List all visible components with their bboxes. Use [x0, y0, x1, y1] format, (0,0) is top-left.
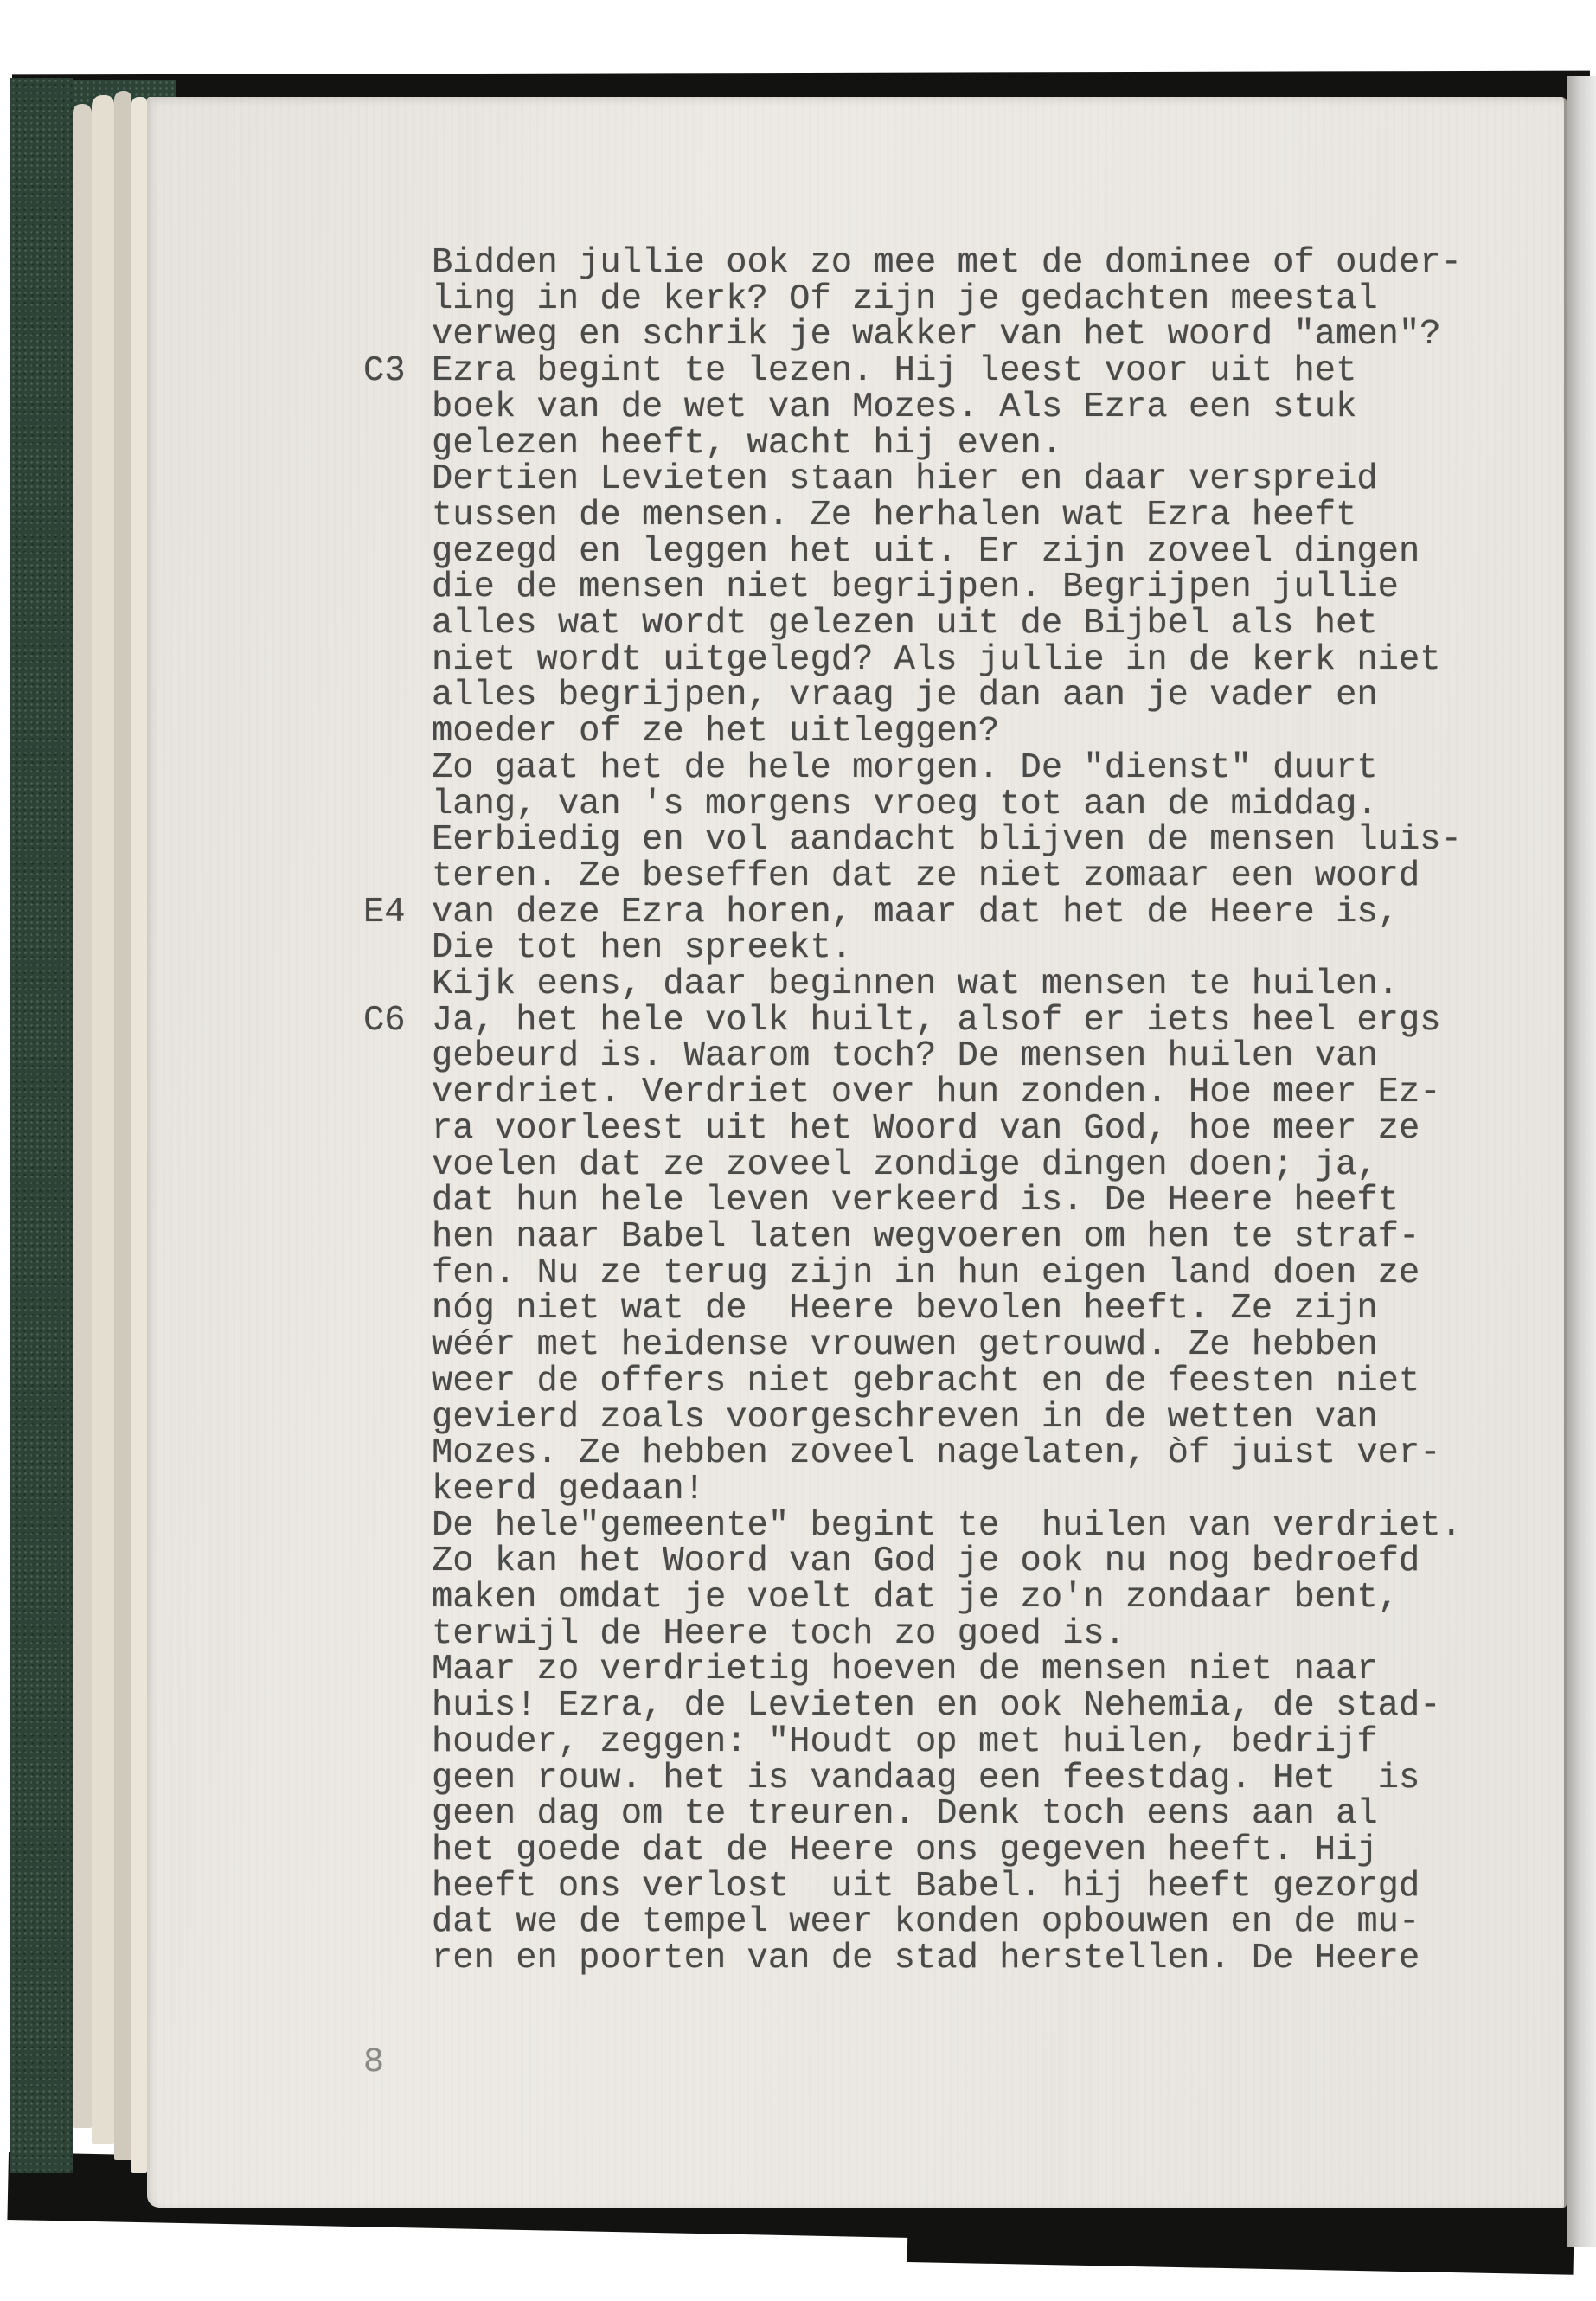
- line-text: De hele"gemeente" begint te huilen van v…: [432, 1506, 1462, 1546]
- line-text: Dertien Levieten staan hier en daar vers…: [432, 459, 1378, 499]
- line-text: fen. Nu ze terug zijn in hun eigen land …: [432, 1253, 1420, 1293]
- text-line: gezegd en leggen het uit. Er zijn zoveel…: [432, 535, 1504, 571]
- line-text: het goede dat de Heere ons gegeven heeft…: [432, 1830, 1378, 1870]
- line-text: van deze Ezra horen, maar dat het de Hee…: [432, 893, 1399, 933]
- page-stack-edge: [114, 91, 131, 2160]
- line-text: boek van de wet van Mozes. Als Ezra een …: [432, 388, 1356, 427]
- line-text: houder, zeggen: "Houdt op met huilen, be…: [432, 1722, 1378, 1762]
- line-text: nóg niet wat de Heere bevolen heeft. Ze …: [432, 1289, 1378, 1329]
- text-line: geen rouw. het is vandaag een feestdag. …: [432, 1761, 1504, 1798]
- text-line: ling in de kerk? Of zijn je gedachten me…: [432, 282, 1504, 318]
- line-text: geen dag om te treuren. Denk toch eens a…: [432, 1794, 1378, 1834]
- line-text: hen naar Babel laten wegvoeren om hen te…: [432, 1217, 1420, 1257]
- line-text: huis! Ezra, de Levieten en ook Nehemia, …: [432, 1686, 1441, 1726]
- text-line: boek van de wet van Mozes. Als Ezra een …: [432, 390, 1504, 426]
- line-text: weer de offers niet gebracht en de feest…: [432, 1362, 1420, 1401]
- line-text: gebeurd is. Waarom toch? De mensen huile…: [432, 1036, 1378, 1076]
- text-line: niet wordt uitgelegd? Als jullie in de k…: [432, 643, 1504, 679]
- book-fore-edge: [1567, 76, 1596, 2247]
- text-line: Zo gaat het de hele morgen. De "dienst" …: [432, 751, 1504, 787]
- line-text: gevierd zoals voorgeschreven in de wette…: [432, 1398, 1378, 1438]
- text-line: teren. Ze beseffen dat ze niet zomaar ee…: [432, 859, 1504, 895]
- text-line: terwijl de Heere toch zo goed is.: [432, 1617, 1504, 1653]
- text-line: maken omdat je voelt dat je zo'n zondaar…: [432, 1580, 1504, 1617]
- line-text: ren en poorten van de stad herstellen. D…: [432, 1939, 1420, 1978]
- text-line: fen. Nu ze terug zijn in hun eigen land …: [432, 1256, 1504, 1292]
- line-text: geen rouw. het is vandaag een feestdag. …: [432, 1759, 1420, 1798]
- line-text: moeder of ze het uitleggen?: [432, 712, 999, 752]
- text-line: hen naar Babel laten wegvoeren om hen te…: [432, 1220, 1504, 1256]
- line-text: tussen de mensen. Ze herhalen wat Ezra h…: [432, 496, 1356, 535]
- text-line: die de mensen niet begrijpen. Begrijpen …: [432, 570, 1504, 606]
- line-text: alles wat wordt gelezen uit de Bijbel al…: [432, 604, 1378, 644]
- text-line: heeft ons verlost uit Babel. hij heeft g…: [432, 1869, 1504, 1906]
- line-text: die de mensen niet begrijpen. Begrijpen …: [432, 567, 1399, 607]
- line-text: niet wordt uitgelegd? Als jullie in de k…: [432, 640, 1441, 680]
- text-line: C3Ezra begint te lezen. Hij leest voor u…: [432, 354, 1504, 390]
- line-text: voelen dat ze zoveel zondige dingen doen…: [432, 1145, 1378, 1185]
- line-text: Ezra begint te lezen. Hij leest voor uit…: [432, 351, 1356, 391]
- line-text: terwijl de Heere toch zo goed is.: [432, 1614, 1125, 1654]
- line-text: teren. Ze beseffen dat ze niet zomaar ee…: [432, 856, 1420, 896]
- line-text: Mozes. Ze hebben zoveel nagelaten, òf ju…: [432, 1433, 1441, 1473]
- line-text: wéér met heidense vrouwen getrouwd. Ze h…: [432, 1325, 1378, 1365]
- text-line: alles wat wordt gelezen uit de Bijbel al…: [432, 606, 1504, 643]
- line-text: ling in de kerk? Of zijn je gedachten me…: [432, 279, 1378, 319]
- text-line: verweg en schrik je wakker van het woord…: [432, 317, 1504, 354]
- line-text: ra voorleest uit het Woord van God, hoe …: [432, 1109, 1420, 1149]
- text-line: Kijk eens, daar beginnen wat mensen te h…: [432, 967, 1504, 1003]
- text-line: C6Ja, het hele volk huilt, alsof er iets…: [432, 1003, 1504, 1040]
- line-text: maken omdat je voelt dat je zo'n zondaar…: [432, 1578, 1399, 1618]
- text-line: E4van deze Ezra horen, maar dat het de H…: [432, 895, 1504, 932]
- text-line: Zo kan het Woord van God je ook nu nog b…: [432, 1544, 1504, 1580]
- text-line: Maar zo verdrietig hoeven de mensen niet…: [432, 1652, 1504, 1689]
- text-line: De hele"gemeente" begint te huilen van v…: [432, 1509, 1504, 1545]
- line-text: verweg en schrik je wakker van het woord…: [432, 315, 1441, 355]
- text-line: Bidden jullie ook zo mee met de dominee …: [432, 246, 1504, 282]
- line-text: Ja, het hele volk huilt, alsof er iets h…: [432, 1001, 1441, 1041]
- text-line: lang, van 's morgens vroeg tot aan de mi…: [432, 787, 1504, 824]
- line-text: Maar zo verdrietig hoeven de mensen niet…: [432, 1650, 1378, 1689]
- line-text: keerd gedaan!: [432, 1470, 705, 1509]
- text-line: Dertien Levieten staan hier en daar vers…: [432, 462, 1504, 498]
- text-line: nóg niet wat de Heere bevolen heeft. Ze …: [432, 1292, 1504, 1328]
- text-line: Die tot hen spreekt.: [432, 931, 1504, 967]
- text-line: Mozes. Ze hebben zoveel nagelaten, òf ju…: [432, 1436, 1504, 1472]
- book-spine-cloth: [10, 78, 73, 2173]
- line-text: dat we de tempel weer konden opbouwen en…: [432, 1902, 1420, 1942]
- line-text: alles begrijpen, vraag je dan aan je vad…: [432, 676, 1378, 715]
- line-text: lang, van 's morgens vroeg tot aan de mi…: [432, 785, 1378, 824]
- line-text: heeft ons verlost uit Babel. hij heeft g…: [432, 1867, 1420, 1907]
- text-line: ra voorleest uit het Woord van God, hoe …: [432, 1112, 1504, 1148]
- page-stack-edge: [131, 97, 147, 2173]
- line-text: Eerbiedig en vol aandacht blijven de men…: [432, 820, 1462, 860]
- text-line: Eerbiedig en vol aandacht blijven de men…: [432, 823, 1504, 859]
- margin-label: C3: [363, 354, 406, 390]
- line-text: verdriet. Verdriet over hun zonden. Hoe …: [432, 1073, 1441, 1112]
- text-line: moeder of ze het uitleggen?: [432, 715, 1504, 751]
- line-text: Zo kan het Woord van God je ook nu nog b…: [432, 1541, 1420, 1581]
- line-text: dat hun hele leven verkeerd is. De Heere…: [432, 1181, 1399, 1221]
- text-line: keerd gedaan!: [432, 1472, 1504, 1509]
- text-line: wéér met heidense vrouwen getrouwd. Ze h…: [432, 1328, 1504, 1364]
- photo-backdrop: Bidden jullie ook zo mee met de dominee …: [0, 0, 1596, 2301]
- text-line: tussen de mensen. Ze herhalen wat Ezra h…: [432, 498, 1504, 535]
- line-text: Bidden jullie ook zo mee met de dominee …: [432, 243, 1462, 283]
- book-page: Bidden jullie ook zo mee met de dominee …: [147, 97, 1567, 2208]
- typewritten-text: Bidden jullie ook zo mee met de dominee …: [432, 246, 1504, 1977]
- book-cover-bottom-shadow: [907, 2202, 1574, 2275]
- text-line: ren en poorten van de stad herstellen. D…: [432, 1941, 1504, 1977]
- text-line: gelezen heeft, wacht hij even.: [432, 426, 1504, 463]
- text-line: alles begrijpen, vraag je dan aan je vad…: [432, 678, 1504, 715]
- line-text: gelezen heeft, wacht hij even.: [432, 424, 1062, 464]
- line-text: gezegd en leggen het uit. Er zijn zoveel…: [432, 532, 1420, 572]
- line-text: Die tot hen spreekt.: [432, 928, 852, 968]
- text-line: huis! Ezra, de Levieten en ook Nehemia, …: [432, 1689, 1504, 1725]
- text-line: dat hun hele leven verkeerd is. De Heere…: [432, 1183, 1504, 1220]
- margin-label: E4: [363, 895, 406, 932]
- page-stack-edge: [73, 104, 92, 2128]
- text-line: voelen dat ze zoveel zondige dingen doen…: [432, 1148, 1504, 1184]
- text-line: het goede dat de Heere ons gegeven heeft…: [432, 1833, 1504, 1869]
- text-line: dat we de tempel weer konden opbouwen en…: [432, 1905, 1504, 1941]
- text-line: gebeurd is. Waarom toch? De mensen huile…: [432, 1039, 1504, 1075]
- text-line: verdriet. Verdriet over hun zonden. Hoe …: [432, 1075, 1504, 1112]
- text-line: houder, zeggen: "Houdt op met huilen, be…: [432, 1725, 1504, 1761]
- margin-label: C6: [363, 1003, 406, 1040]
- text-line: weer de offers niet gebracht en de feest…: [432, 1364, 1504, 1400]
- line-text: Zo gaat het de hele morgen. De "dienst" …: [432, 748, 1378, 788]
- page-number: 8: [363, 2043, 384, 2082]
- line-text: Kijk eens, daar beginnen wat mensen te h…: [432, 965, 1399, 1004]
- text-line: geen dag om te treuren. Denk toch eens a…: [432, 1797, 1504, 1833]
- text-line: gevierd zoals voorgeschreven in de wette…: [432, 1400, 1504, 1437]
- page-stack-edge: [92, 95, 114, 2144]
